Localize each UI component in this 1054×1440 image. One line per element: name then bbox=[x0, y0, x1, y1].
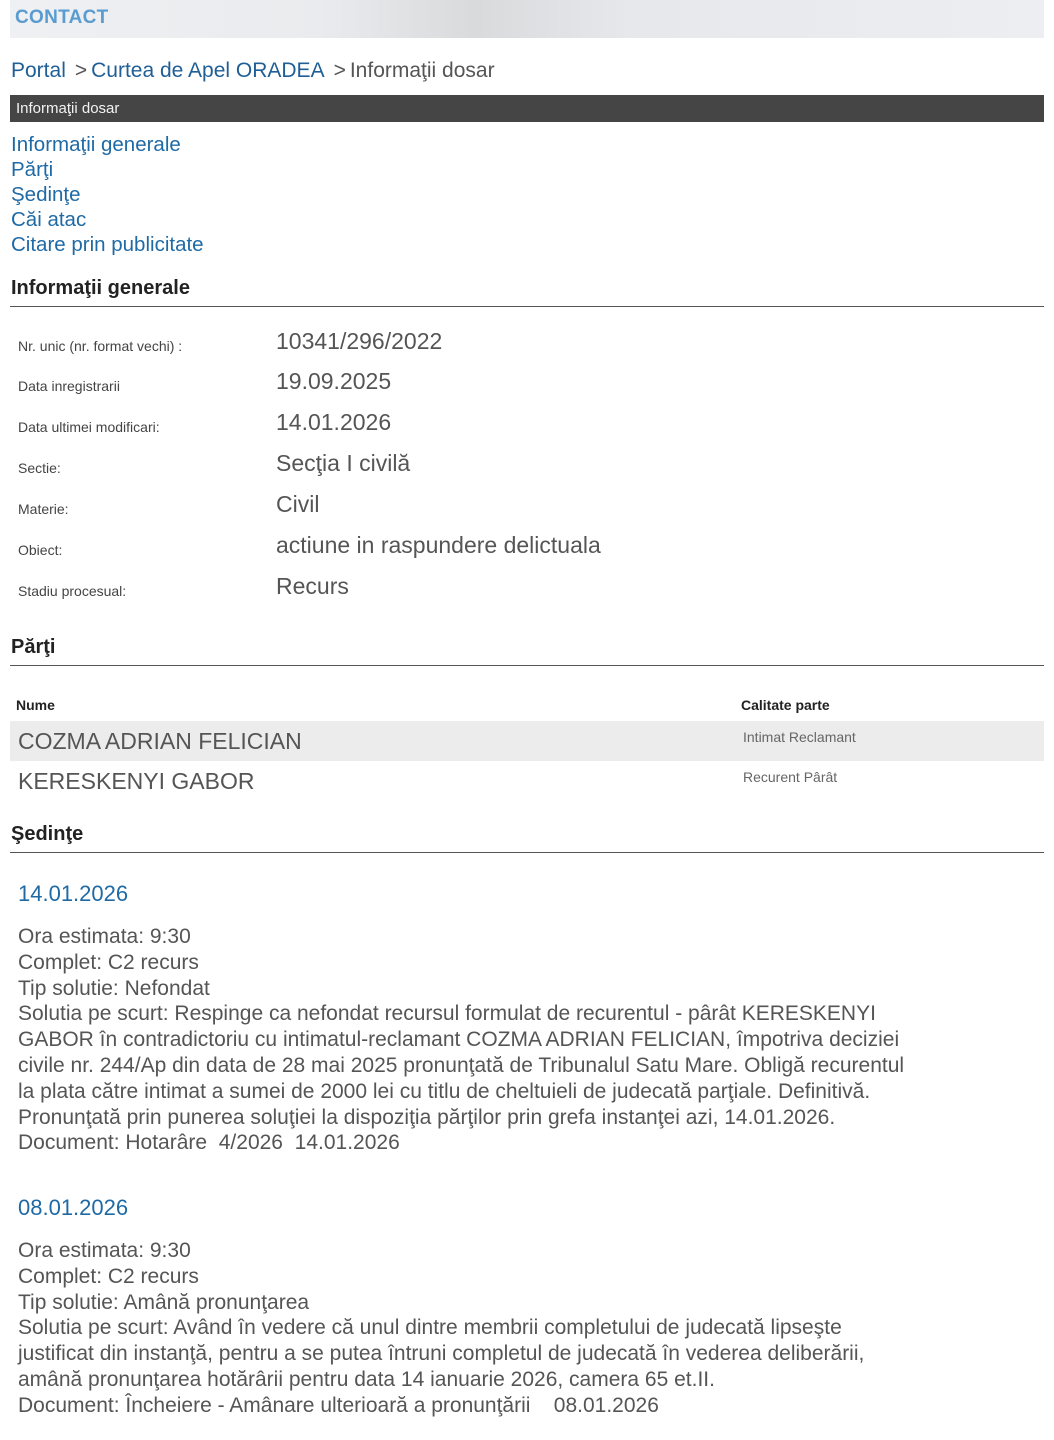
parti-header-nume: Nume bbox=[16, 697, 55, 713]
breadcrumb-portal[interactable]: Portal bbox=[11, 59, 66, 82]
section-title-parti: Părţi bbox=[10, 636, 1044, 666]
anchor-citare-prin-publicitate[interactable]: Citare prin publicitate bbox=[11, 232, 204, 257]
breadcrumb-separator: > bbox=[334, 59, 346, 82]
hearing-tip-solutie: Tip solutie: Amână pronunţarea bbox=[18, 1290, 1038, 1316]
hearing-solutie-text: civile nr. 244/Ap din data de 28 mai 202… bbox=[18, 1053, 1038, 1079]
hearing-solutie-text: la plata către intimat a sumei de 2000 l… bbox=[18, 1079, 1038, 1105]
info-value: 14.01.2026 bbox=[276, 409, 391, 436]
info-label: Sectie: bbox=[18, 460, 61, 476]
anchor-sedinte[interactable]: Şedinţe bbox=[11, 182, 204, 207]
contact-link[interactable]: CONTACT bbox=[15, 7, 109, 29]
hearing-solutie-text: justificat din instanţă, pentru a se put… bbox=[18, 1341, 1038, 1367]
party-name: COZMA ADRIAN FELICIAN bbox=[18, 728, 302, 755]
hearing-date: 14.01.2026 bbox=[18, 881, 1038, 907]
info-value: 10341/296/2022 bbox=[276, 328, 442, 355]
party-role: Intimat Reclamant bbox=[743, 729, 856, 745]
hearing-complet: Complet: C2 recurs bbox=[18, 950, 1038, 976]
section-anchor-links: Informaţii generale Părţi Şedinţe Căi at… bbox=[11, 132, 204, 257]
info-value: Civil bbox=[276, 491, 319, 518]
breadcrumb: Portal>Curtea de Apel ORADEA>Informaţii … bbox=[11, 59, 495, 83]
info-label: Data inregistrarii bbox=[18, 378, 120, 394]
hearing-entry: 08.01.2026 Ora estimata: 9:30 Complet: C… bbox=[18, 1195, 1038, 1419]
top-navigation-bar: CONTACT bbox=[10, 0, 1044, 38]
breadcrumb-current: Informaţii dosar bbox=[350, 59, 495, 82]
info-value: Secţia I civilă bbox=[276, 450, 410, 477]
page-header-bar: Informaţii dosar bbox=[10, 95, 1044, 122]
breadcrumb-curtea-de-apel[interactable]: Curtea de Apel ORADEA bbox=[91, 59, 324, 82]
hearing-solutie-text: Solutia pe scurt: Respinge ca nefondat r… bbox=[18, 1001, 1038, 1027]
page-header-title: Informaţii dosar bbox=[16, 100, 119, 117]
hearing-document: Document: Încheiere - Amânare ulterioară… bbox=[18, 1393, 1038, 1419]
hearing-date: 08.01.2026 bbox=[18, 1195, 1038, 1221]
section-title-sedinte: Şedinţe bbox=[10, 823, 1044, 853]
hearing-entry: 14.01.2026 Ora estimata: 9:30 Complet: C… bbox=[18, 881, 1038, 1156]
info-label: Obiect: bbox=[18, 542, 62, 558]
parti-header-calitate: Calitate parte bbox=[741, 697, 830, 713]
section-title-general: Informaţii generale bbox=[10, 277, 1044, 307]
info-label: Materie: bbox=[18, 501, 69, 517]
party-role: Recurent Pârât bbox=[743, 769, 837, 785]
hearing-ora: Ora estimata: 9:30 bbox=[18, 1238, 1038, 1264]
info-label: Nr. unic (nr. format vechi) : bbox=[18, 338, 182, 354]
anchor-cai-atac[interactable]: Căi atac bbox=[11, 207, 204, 232]
info-value: actiune in raspundere delictuala bbox=[276, 532, 601, 559]
breadcrumb-separator: > bbox=[75, 59, 87, 82]
table-row: KERESKENYI GABOR Recurent Pârât bbox=[10, 761, 1044, 801]
party-name: KERESKENYI GABOR bbox=[18, 768, 254, 795]
info-value: 19.09.2025 bbox=[276, 368, 391, 395]
hearing-solutie-text: Pronunţată prin punerea soluţiei la disp… bbox=[18, 1105, 1038, 1131]
anchor-parti[interactable]: Părţi bbox=[11, 157, 204, 182]
hearing-ora: Ora estimata: 9:30 bbox=[18, 924, 1038, 950]
hearing-solutie-text: amână pronunţarea hotărârii pentru data … bbox=[18, 1367, 1038, 1393]
table-row: COZMA ADRIAN FELICIAN Intimat Reclamant bbox=[10, 721, 1044, 761]
hearing-solutie-text: GABOR în contradictoriu cu intimatul-rec… bbox=[18, 1027, 1038, 1053]
info-value: Recurs bbox=[276, 573, 349, 600]
hearing-document: Document: Hotarâre 4/2026 14.01.2026 bbox=[18, 1130, 1038, 1156]
hearing-complet: Complet: C2 recurs bbox=[18, 1264, 1038, 1290]
info-label: Stadiu procesual: bbox=[18, 583, 126, 599]
hearing-tip-solutie: Tip solutie: Nefondat bbox=[18, 976, 1038, 1002]
info-label: Data ultimei modificari: bbox=[18, 419, 160, 435]
hearing-solutie-text: Solutia pe scurt: Având în vedere că unu… bbox=[18, 1315, 1038, 1341]
anchor-informatii-generale[interactable]: Informaţii generale bbox=[11, 132, 204, 157]
